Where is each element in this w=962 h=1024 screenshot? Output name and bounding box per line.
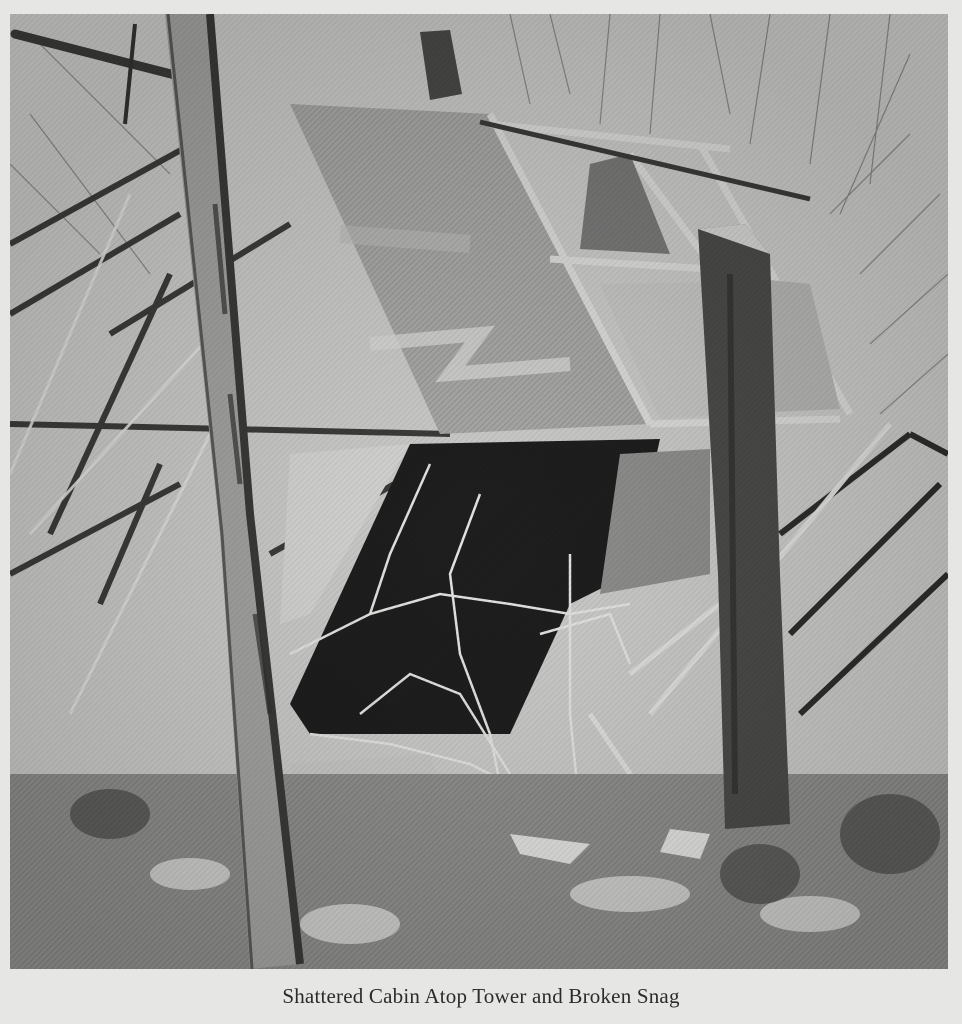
- newspaper-photo: [10, 14, 948, 969]
- photo-caption: Shattered Cabin Atop Tower and Broken Sn…: [0, 984, 962, 1009]
- cabin-wreck-illustration: [10, 14, 948, 969]
